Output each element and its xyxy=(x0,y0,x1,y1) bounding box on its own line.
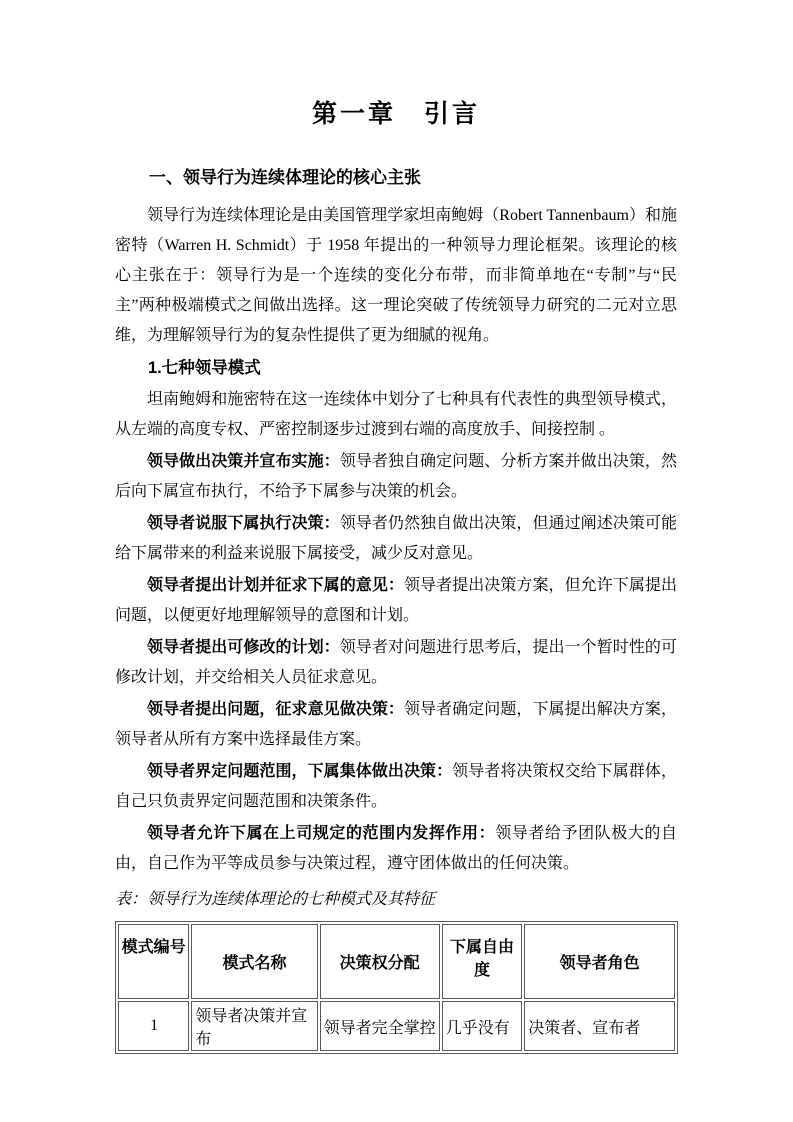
mode-paragraph-7: 领导者允许下属在上司规定的范围内发挥作用：领导者给予团队极大的自由，自己作为平等… xyxy=(115,819,677,879)
table-caption: 表：领导行为连续体理论的七种模式及其特征 xyxy=(115,885,677,915)
table-header-subordinate-freedom: 下属自由度 xyxy=(442,924,522,999)
cell-decision-power: 领导者完全掌控 xyxy=(320,1001,440,1051)
mode-lead: 领导者提出可修改的计划： xyxy=(147,639,340,656)
document-page: 第一章 引言 一、领导行为连续体理论的核心主张 领导行为连续体理论是由美国管理学… xyxy=(0,0,793,1122)
mode-lead: 领导者允许下属在上司规定的范围内发挥作用： xyxy=(147,825,495,842)
modes-overview-paragraph: 坦南鲍姆和施密特在这一连续体中划分了七种具有代表性的典型领导模式，从左端的高度专… xyxy=(115,385,677,445)
mode-lead: 领导者提出计划并征求下属的意见： xyxy=(147,577,404,594)
section-heading: 一、领导行为连续体理论的核心主张 xyxy=(115,167,677,189)
mode-lead: 领导者提出问题，征求意见做决策： xyxy=(147,701,404,718)
mode-paragraph-2: 领导者说服下属执行决策：领导者仍然独自做出决策，但通过阐述决策可能给下属带来的利… xyxy=(115,509,677,569)
mode-paragraph-6: 领导者界定问题范围，下属集体做出决策：领导者将决策权交给下属群体，自己只负责界定… xyxy=(115,757,677,817)
subsection-heading: 1.七种领导模式 xyxy=(115,353,677,383)
mode-lead: 领导者界定问题范围，下属集体做出决策： xyxy=(147,763,452,780)
cell-mode-name: 领导者决策并宣布 xyxy=(191,1001,317,1051)
mode-lead: 领导者说服下属执行决策： xyxy=(147,515,340,532)
table-header-row: 模式编号 模式名称 决策权分配 下属自由度 领导者角色 xyxy=(118,924,675,999)
mode-paragraph-3: 领导者提出计划并征求下属的意见：领导者提出决策方案，但允许下属提出问题，以便更好… xyxy=(115,571,677,631)
mode-paragraph-1: 领导做出决策并宣布实施：领导者独自确定问题、分析方案并做出决策，然后向下属宣布执… xyxy=(115,447,677,507)
table-header-decision-power: 决策权分配 xyxy=(320,924,440,999)
mode-paragraph-4: 领导者提出可修改的计划：领导者对问题进行思考后，提出一个暂时性的可修改计划，并交… xyxy=(115,633,677,693)
table-row: 1 领导者决策并宣布 领导者完全掌控 几乎没有 决策者、宣布者 xyxy=(118,1001,675,1051)
cell-mode-number: 1 xyxy=(118,1001,189,1051)
mode-lead: 领导做出决策并宣布实施： xyxy=(147,453,340,470)
mode-paragraph-5: 领导者提出问题，征求意见做决策：领导者确定问题，下属提出解决方案，领导者从所有方… xyxy=(115,695,677,755)
cell-subordinate-freedom: 几乎没有 xyxy=(442,1001,522,1051)
table-header-mode-name: 模式名称 xyxy=(191,924,317,999)
modes-table: 模式编号 模式名称 决策权分配 下属自由度 领导者角色 1 领导者决策并宣布 领… xyxy=(115,921,678,1054)
intro-paragraph: 领导行为连续体理论是由美国管理学家坦南鲍姆（Robert Tannenbaum）… xyxy=(115,201,677,351)
table-header-leader-role: 领导者角色 xyxy=(524,924,675,999)
cell-leader-role: 决策者、宣布者 xyxy=(524,1001,675,1051)
table-header-mode-number: 模式编号 xyxy=(118,924,189,999)
chapter-title: 第一章 引言 xyxy=(115,97,677,131)
